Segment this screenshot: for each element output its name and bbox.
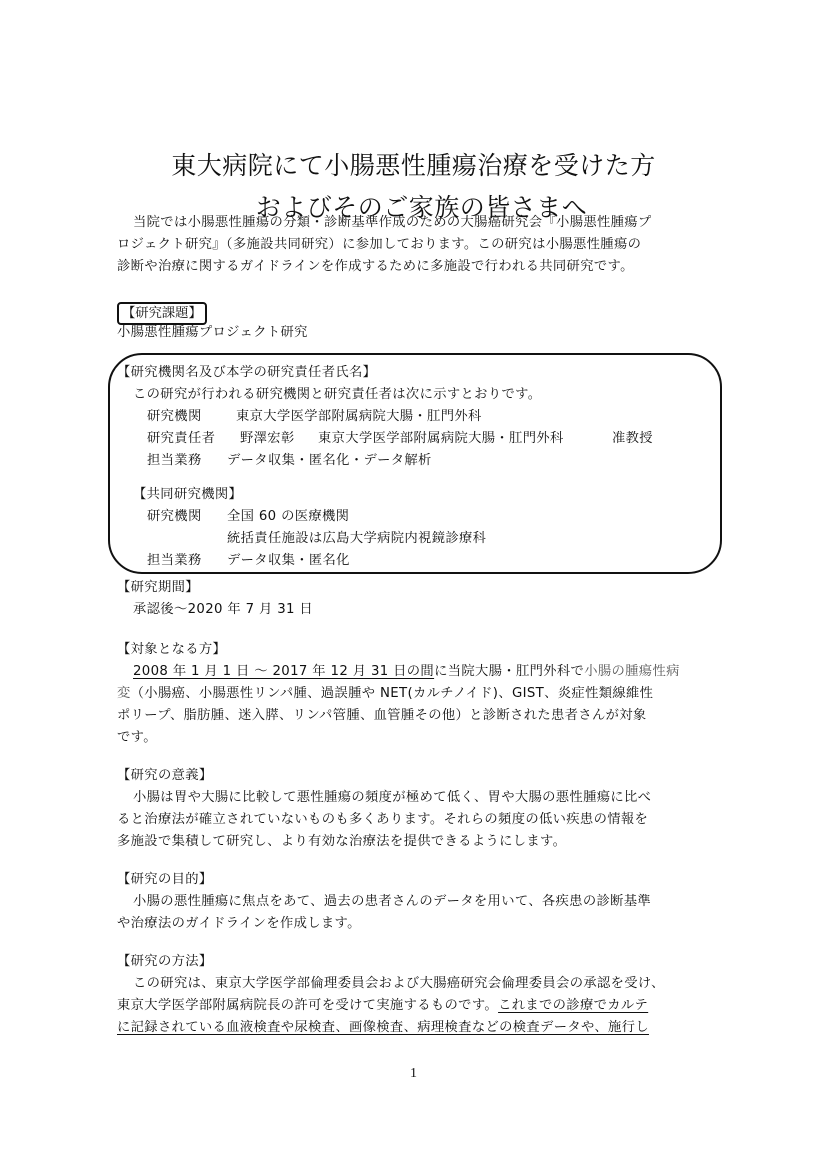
significance-line-3: 多施設で集積して研究し、より有効な治療法を提供できるようにします。: [117, 831, 566, 853]
method-line2-plain: 東京大学医学部附属病院長の許可を受けて実施するものです。: [117, 998, 498, 1013]
target-line-2: 変（小腸癌、小腸悪性リンパ腫、過誤腫や NET(カルチノイド)、GIST、炎症性…: [117, 683, 653, 705]
institution-intro: この研究が行われる研究機関と研究責任者は次に示すとおりです。: [133, 384, 541, 406]
collab-institution-label: 研究機関: [147, 506, 202, 528]
collab-heading: 【共同研究機関】: [133, 484, 242, 506]
period-value: 承認後～2020 年 7 月 31 日: [133, 599, 313, 621]
intro-line-2: ロジェクト研究』（多施設共同研究）に参加しております。この研究は小腸悪性腫瘍の: [117, 234, 641, 256]
collab-institution-value-2: 統括責任施設は広島大学病院内視鏡診療科: [227, 528, 486, 550]
duty-value: データ収集・匿名化・データ解析: [227, 450, 432, 472]
purpose-heading: 【研究の目的】: [117, 869, 213, 891]
significance-line-2: ると治療法が確立されていないものも多くあります。それらの頻度の低い疾患の情報を: [117, 809, 648, 831]
target-line-3: ポリープ、脂肪腫、迷入膵、リンパ管腫、血管腫その他）と診断された患者さんが対象: [117, 705, 647, 727]
collab-duty-value: データ収集・匿名化: [227, 550, 350, 572]
research-topic-value: 小腸悪性腫瘍プロジェクト研究: [117, 322, 308, 344]
intro-line-3: 診断や治療に関するガイドラインを作成するために多施設で行われる共同研究です。: [117, 256, 634, 278]
duty-label: 担当業務: [147, 450, 202, 472]
pi-name: 野澤宏彰: [240, 428, 295, 450]
institution-value: 東京大学医学部附属病院大腸・肛門外科: [236, 406, 482, 428]
document-title-line1: 東大病院にて小腸悪性腫瘍治療を受けた方: [0, 146, 827, 182]
page-number: 1: [0, 1066, 827, 1082]
significance-line-1: 小腸は胃や大腸に比較して悪性腫瘍の頻度が極めて低く、胃や大腸の悪性腫瘍に比べ: [133, 787, 651, 809]
purpose-line-1: 小腸の悪性腫瘍に焦点をあて、過去の患者さんのデータを用いて、各疾患の診断基準: [133, 891, 651, 913]
target-line-1: 2008 年 1 月 1 日 ～ 2017 年 12 月 31 日の間に当院大腸…: [133, 661, 680, 683]
purpose-line-2: や治療法のガイドラインを作成します。: [117, 913, 361, 935]
pi-title: 准教授: [612, 428, 653, 450]
pi-label: 研究責任者: [147, 428, 215, 450]
period-heading: 【研究期間】: [117, 577, 199, 599]
pi-affiliation: 東京大学医学部附属病院大腸・肛門外科: [318, 428, 564, 450]
target-line1-rest: に当院大腸・肛門外科で: [434, 664, 584, 679]
institution-heading: 【研究機関名及び本学の研究責任者氏名】: [117, 362, 376, 384]
method-line-3: に記録されている血液検査や尿検査、画像検査、病理検査などの検査データや、施行し: [117, 1017, 649, 1039]
method-line-1: この研究は、東京大学医学部倫理委員会および大腸癌研究会倫理委員会の承認を受け、: [133, 973, 665, 995]
intro-line-1: 当院では小腸悪性腫瘍の分類・診断基準作成のための大腸癌研究会『小腸悪性腫瘍プ: [133, 212, 652, 234]
target-line1-grey: 小腸の腫瘍性病: [584, 664, 680, 679]
target-line2-grey: 変: [117, 686, 131, 701]
method-line-2: 東京大学医学部附属病院長の許可を受けて実施するものです。これまでの診療でカルテ: [117, 995, 648, 1017]
collab-duty-label: 担当業務: [147, 550, 202, 572]
method-line2-underlined: これまでの診療でカルテ: [498, 998, 648, 1013]
target-period-underlined: 2008 年 1 月 1 日 ～ 2017 年 12 月 31 日の間: [133, 664, 434, 679]
institution-label: 研究機関: [147, 406, 202, 428]
target-line2-rest: （小腸癌、小腸悪性リンパ腫、過誤腫や NET(カルチノイド)、GIST、炎症性類…: [131, 686, 654, 701]
document-page: 東大病院にて小腸悪性腫瘍治療を受けた方 およびそのご家族の皆さまへ 当院では小腸…: [0, 0, 827, 1169]
significance-heading: 【研究の意義】: [117, 765, 213, 787]
collab-institution-value: 全国 60 の医療機関: [227, 506, 349, 528]
target-heading: 【対象となる方】: [117, 639, 226, 661]
method-heading: 【研究の方法】: [117, 951, 213, 973]
target-line-4: です。: [117, 727, 157, 749]
